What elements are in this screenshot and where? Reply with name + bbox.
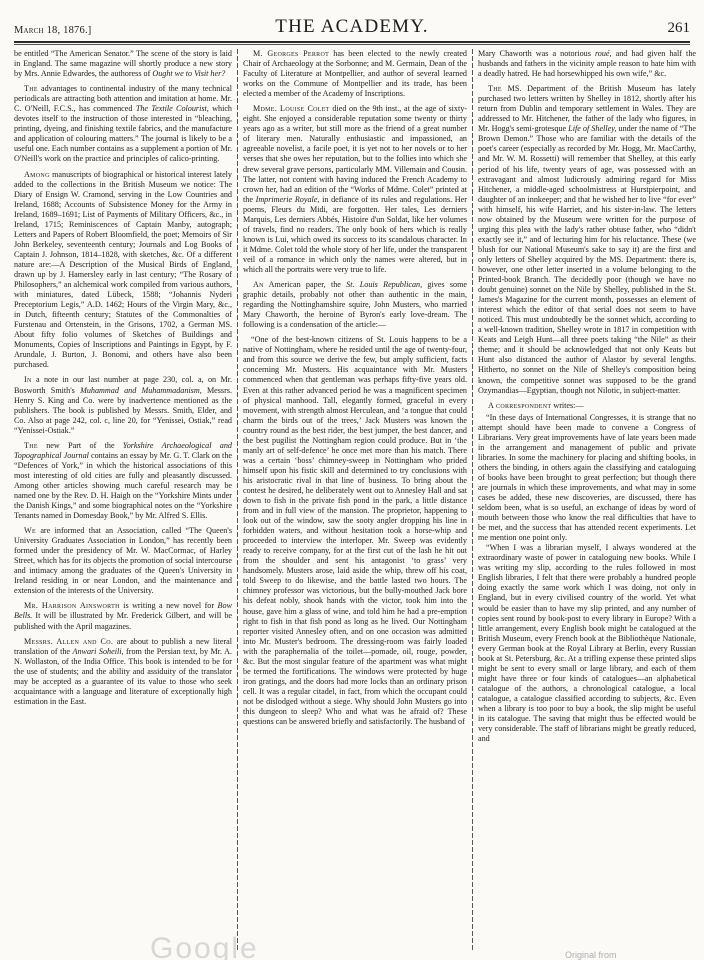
paragraph-text: are informed that an Association, called…: [14, 526, 232, 595]
paragraph-tail: It will be illustrated by Mr. Frederick …: [14, 611, 232, 630]
paragraph-text: manuscripts of biographical or historica…: [14, 170, 232, 370]
paragraph: “One of the best-known citizens of St. L…: [243, 335, 467, 727]
paragraph-italic: St. Louis Republican,: [346, 280, 422, 289]
paragraph: An American paper, the St. Louis Republi…: [243, 280, 467, 330]
publication-title: THE ACADEMY.: [14, 16, 690, 38]
paragraph-text: “One of the best-known citizens of St. L…: [243, 335, 467, 726]
paragraph-text: Mary Chaworth was a notorious: [478, 49, 595, 58]
paragraph-lead: Messrs. Allen and Co.: [24, 637, 113, 646]
paragraph-text: “In these days of International Congress…: [478, 413, 696, 543]
paragraph: A correspondent writes:—: [478, 401, 696, 411]
paragraph: We are informed that an Association, cal…: [14, 526, 232, 596]
paragraph: Messrs. Allen and Co. are about to publi…: [14, 637, 232, 707]
paragraph: In a note in our last number at page 230…: [14, 375, 232, 435]
paragraph-lead: Mr. Harrison Ainsworth: [24, 601, 120, 610]
paragraph: Mdme. Louise Colet died on the 9th inst.…: [243, 104, 467, 275]
paragraph-italic: The Textile Colourist,: [136, 104, 209, 113]
paragraph-lead: The: [488, 84, 502, 93]
paragraph: “In these days of International Congress…: [478, 413, 696, 544]
paragraph-italic: Anwari Soheili,: [73, 647, 124, 656]
column-right: Mary Chaworth was a notorious roué, and …: [478, 49, 696, 952]
paragraph: The advantages to continental industry o…: [14, 84, 232, 164]
paragraph-lead: In: [24, 375, 32, 384]
paragraph-tail: under the name of “The Brown Demon.” Tho…: [478, 124, 696, 394]
column-divider: [237, 49, 238, 952]
paragraph-italic: Imprimerie Royale,: [256, 195, 320, 204]
paragraph-italic: Life of Shelley,: [568, 124, 616, 133]
paragraph-lead: M. Georges Perrot: [253, 49, 329, 58]
column-divider: [472, 49, 473, 952]
paragraph-text: died on the 9th inst., at the age of six…: [243, 104, 467, 203]
source-note: Original from: [565, 950, 617, 960]
header-rule: [14, 41, 690, 45]
paragraph: Mary Chaworth was a notorious roué, and …: [478, 49, 696, 79]
paragraph-text: “When I was a librarian myself, I always…: [478, 543, 696, 743]
paragraph: M. Georges Perrot has been elected to th…: [243, 49, 467, 99]
paragraph-lead: A correspondent: [488, 401, 551, 410]
google-watermark: Google: [150, 932, 259, 960]
paragraph-lead: The: [24, 441, 38, 450]
paragraph-lead: Mdme. Louise Colet: [253, 104, 330, 113]
paragraph: “When I was a librarian myself, I always…: [478, 543, 696, 744]
paragraph-lead: An: [253, 280, 264, 289]
paragraph: The MS. Department of the British Museum…: [478, 84, 696, 395]
paragraph-text: American paper, the: [264, 280, 346, 289]
paragraph-italic: Muhammad and Muhammadanism,: [80, 386, 202, 395]
paragraph: Among manuscripts of biographical or his…: [14, 170, 232, 371]
column-left: be entitled “The American Senator.” The …: [14, 49, 232, 952]
article-columns: be entitled “The American Senator.” The …: [14, 49, 692, 952]
paragraph-italic: roué,: [595, 49, 612, 58]
paragraph: Mr. Harrison Ainsworth is writing a new …: [14, 601, 232, 631]
paragraph: be entitled “The American Senator.” The …: [14, 49, 232, 79]
paragraph-tail: in defiance of its rules and regulations…: [243, 195, 467, 274]
paragraph-lead: We: [24, 526, 36, 535]
paragraph-text: writes:—: [551, 401, 583, 410]
paragraph-text: new Part of the: [38, 441, 123, 450]
column-middle: M. Georges Perrot has been elected to th…: [243, 49, 467, 952]
paragraph-lead: The: [24, 84, 38, 93]
paragraph-italic: Ought we to Visit her?: [152, 69, 225, 78]
paragraph: The new Part of the Yorkshire Archaeolog…: [14, 441, 232, 521]
paragraph-tail: contains an essay by Mr. G. T. Clark on …: [14, 451, 232, 520]
page-header: March 18, 1876.] THE ACADEMY. 261: [14, 18, 690, 38]
paragraph-lead: Among: [24, 170, 50, 179]
paragraph-text: is writing a new novel for: [120, 601, 218, 610]
